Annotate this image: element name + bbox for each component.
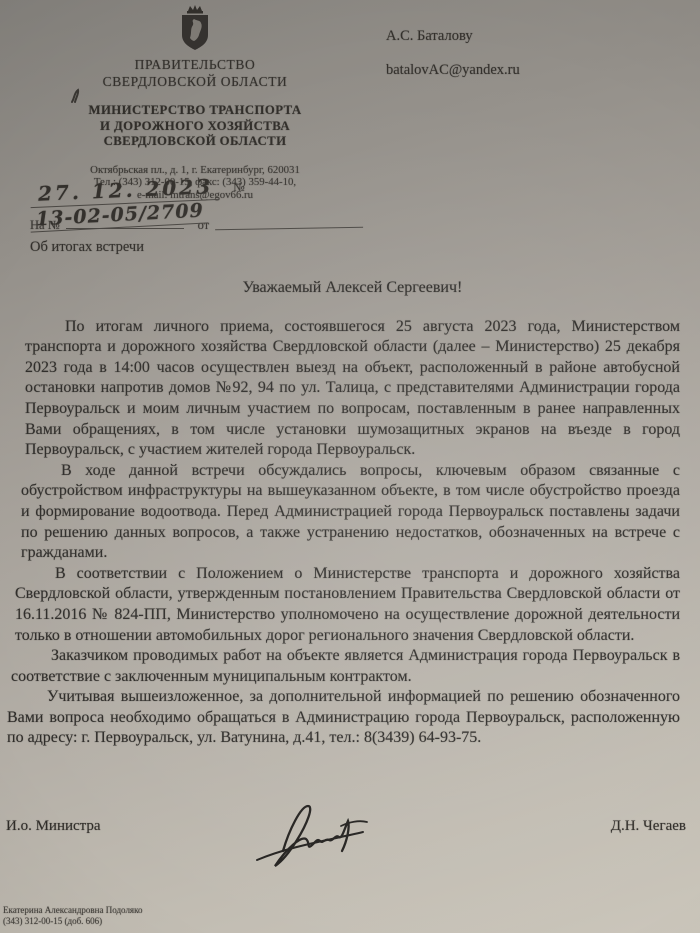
paragraph-4: Заказчиком проводимых работ на объекте я… [11,646,680,687]
salutation: Уважаемый Алексей Сергеевич! [25,278,680,299]
executor-block: Екатерина Александровна Подоляко (343) 3… [3,905,143,927]
scanned-letter: ПРАВИТЕЛЬСТВО СВЕРДЛОВСКОЙ ОБЛАСТИ МИНИС… [0,0,700,933]
executor-name: Екатерина Александровна Подоляко [3,905,143,916]
number-sign: № [233,180,244,195]
paragraph-5: Учитывая вышеизложенное, за дополнительн… [7,687,680,749]
recipient-block: А.С. Баталову batalovAC@yandex.ru [386,28,520,79]
paragraph-3: В соответствии с Положением о Министерст… [15,564,680,646]
sverdlovsk-coat-of-arms-icon [175,4,215,54]
paragraph-2: В ходе данной встречи обсуждались вопрос… [21,461,680,564]
recipient-name: А.С. Баталову [386,28,520,45]
letter-subject: Об итогах встречи [30,239,390,256]
ministry-line1: МИНИСТЕРСТВО ТРАНСПОРТА [25,103,365,119]
ink-smudge [70,88,82,104]
paragraph-1: По итогам личного приема, состоявшегося … [25,317,680,461]
handwritten-signature [245,796,395,876]
letter-body: Уважаемый Алексей Сергеевич! По итогам л… [0,272,700,749]
government-line1: ПРАВИТЕЛЬСТВО [25,56,365,73]
signer-name: Д.Н. Чегаев [611,818,686,835]
ministry-line3: СВЕРДЛОВСКОЙ ОБЛАСТИ [25,134,365,150]
signer-position: И.о. Министра [6,818,101,835]
ministry-line2: И ДОРОЖНОГО ХОЗЯЙСТВА [25,119,365,135]
recipient-email: batalovAC@yandex.ru [386,62,520,79]
from-blank-line [215,215,363,231]
reference-block: 27. 12. 2023№13-02-05/2709 На №от Об ито… [30,178,390,256]
executor-phone: (343) 312-00-15 (доб. 606) [3,916,143,927]
